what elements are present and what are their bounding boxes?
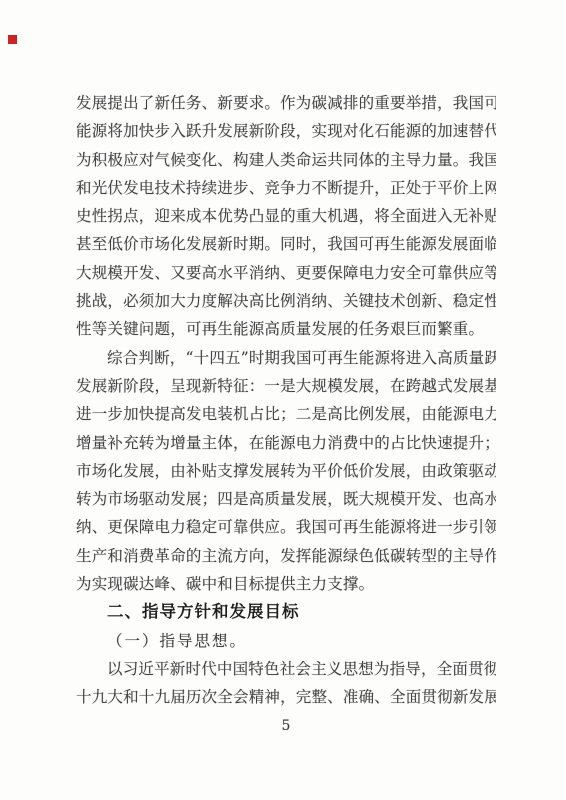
- text-lines-container: 发展提出了新任务、新要求。作为碳减排的重要举措，我国可再生能源将加快步入跃升发展…: [76, 89, 496, 712]
- text-line: 发展新阶段，呈现新特征：一是大规模发展，在跨越式发展基础上，: [76, 372, 496, 400]
- text-line: 生产和消费革命的主流方向，发挥能源绿色低碳转型的主导作用，: [76, 542, 496, 570]
- text-line: 市场化发展，由补贴支撑发展转为平价低价发展，由政策驱动发展: [76, 457, 496, 485]
- text-line: 以习近平新时代中国特色社会主义思想为指导，全面贯彻党的: [76, 655, 496, 683]
- text-line: 二、指导方针和发展目标: [76, 598, 496, 626]
- text-line: 挑战，必须加大力度解决高比例消纳、关键技术创新、稳定性可靠: [76, 287, 496, 315]
- text-line: 甚至低价市场化发展新时期。同时，我国可再生能源发展面临既要: [76, 230, 496, 258]
- text-line: （一）指导思想。: [76, 627, 496, 655]
- text-line: 大规模开发、又要高水平消纳、更要保障电力安全可靠供应等多重: [76, 259, 496, 287]
- text-line: 纳、更保障电力稳定可靠供应。我国可再生能源将进一步引领能源: [76, 513, 496, 541]
- red-marker: [8, 35, 17, 44]
- text-line: 转为市场驱动发展；四是高质量发展，既大规模开发、也高水平消: [76, 485, 496, 513]
- text-line: 为积极应对气候变化、构建人类命运共同体的主导力量。我国风电: [76, 146, 496, 174]
- text-line: 进一步加快提高发电装机占比；二是高比例发展，由能源电力消费: [76, 400, 496, 428]
- text-line: 史性拐点，迎来成本优势凸显的重大机遇，将全面进入无补贴平价: [76, 202, 496, 230]
- page-number: 5: [76, 712, 496, 740]
- text-line: 和光伏发电技术持续进步、竞争力不断提升，正处于平价上网的历: [76, 174, 496, 202]
- text-line: 增量补充转为增量主体，在能源电力消费中的占比快速提升；三是: [76, 429, 496, 457]
- document-text-block: 发展提出了新任务、新要求。作为碳减排的重要举措，我国可再生能源将加快步入跃升发展…: [76, 89, 496, 740]
- text-line: 发展提出了新任务、新要求。作为碳减排的重要举措，我国可再生: [76, 89, 496, 117]
- document-page: 发展提出了新任务、新要求。作为碳减排的重要举措，我国可再生能源将加快步入跃升发展…: [0, 0, 566, 800]
- text-line: 为实现碳达峰、碳中和目标提供主力支撑。: [76, 570, 496, 598]
- text-line: 能源将加快步入跃升发展新阶段，实现对化石能源的加速替代，成: [76, 117, 496, 145]
- text-line: 综合判断，“十四五”时期我国可再生能源将进入高质量跃升: [76, 344, 496, 372]
- text-line: 十九大和十九届历次全会精神，完整、准确、全面贯彻新发展理念，: [76, 683, 496, 711]
- text-line: 性等关键问题，可再生能源高质量发展的任务艰巨而繁重。: [76, 315, 496, 343]
